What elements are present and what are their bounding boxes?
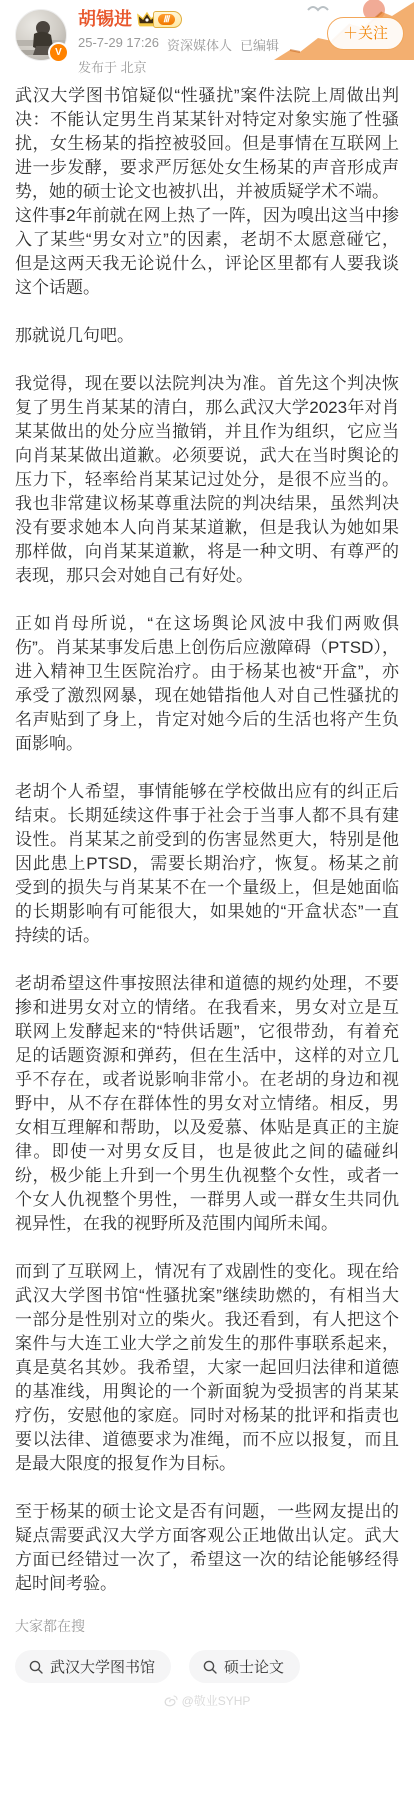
vip-level-label: Ⅲ: [158, 14, 175, 25]
watermark: @敬业SYHP: [0, 1692, 414, 1709]
post-body: 武汉大学图书馆疑似“性骚扰”案件法院上周做出判决：不能认定男生肖某某针对特定对象…: [0, 84, 414, 1596]
follow-button[interactable]: ＋关注: [327, 17, 404, 50]
trending-label: 大家都在搜: [15, 1616, 399, 1636]
post-footer: 大家都在搜 武汉大学图书馆 硕士论文 @敬: [0, 1616, 414, 1709]
search-chips: 武汉大学图书馆 硕士论文: [15, 1650, 399, 1683]
vip-level-pill: Ⅲ: [153, 11, 182, 28]
weibo-post-page: V 胡锡进 Ⅲ 25-7-29 17:26 资深媒体人: [0, 0, 414, 1803]
watermark-text: @敬业SYHP: [182, 1692, 251, 1709]
search-chip-wuhan-university-library[interactable]: 武汉大学图书馆: [15, 1650, 171, 1683]
user-description: 资深媒体人: [167, 35, 232, 54]
user-info: 胡锡进 Ⅲ 25-7-29 17:26 资深媒体人 已编辑: [78, 8, 334, 76]
search-chip-master-thesis[interactable]: 硕士论文: [189, 1650, 300, 1683]
post-timestamp: 25-7-29 17:26: [78, 35, 159, 54]
avatar[interactable]: V: [15, 9, 67, 61]
search-icon: [202, 1659, 218, 1675]
verified-badge-icon: V: [48, 42, 69, 63]
username[interactable]: 胡锡进: [78, 8, 132, 30]
post-text: 武汉大学图书馆疑似“性骚扰”案件法院上周做出判决：不能认定男生肖某某针对特定对象…: [15, 84, 399, 1596]
post-location: 发布于 北京: [78, 57, 147, 76]
search-chip-label: 硕士论文: [224, 1656, 284, 1677]
post-header: V 胡锡进 Ⅲ 25-7-29 17:26 资深媒体人: [0, 0, 414, 78]
search-chip-label: 武汉大学图书馆: [50, 1656, 155, 1677]
vip-crown-badge[interactable]: Ⅲ: [137, 11, 182, 28]
weibo-logo-icon: [164, 1695, 178, 1707]
search-icon: [28, 1659, 44, 1675]
edited-label: 已编辑: [240, 35, 279, 54]
